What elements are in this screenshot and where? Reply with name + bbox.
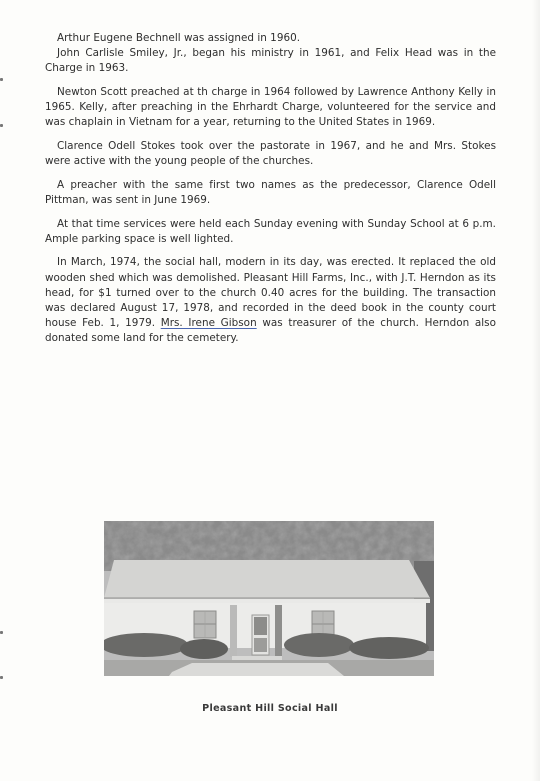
margin-mark: [0, 631, 3, 634]
paragraph-bechnell: Arthur Eugene Bechnell was assigned in 1…: [45, 31, 496, 46]
margin-mark: [0, 124, 3, 127]
paragraph-scott-kelly: Newton Scott preached at th charge in 19…: [45, 85, 496, 131]
social-hall-photo: [104, 521, 434, 676]
margin-mark: [0, 676, 3, 679]
paragraph-stokes: Clarence Odell Stokes took over the past…: [45, 139, 496, 169]
body-text: Arthur Eugene Bechnell was assigned in 1…: [45, 31, 496, 355]
paragraph-services: At that time services were held each Sun…: [45, 217, 496, 247]
paragraph-smiley: John Carlisle Smiley, Jr., began his min…: [45, 46, 496, 76]
underlined-name: Mrs. Irene Gibson: [161, 317, 257, 329]
margin-mark: [0, 78, 3, 81]
page-edge-shadow: [532, 0, 540, 781]
paragraph-pittman: A preacher with the same first two names…: [45, 178, 496, 208]
photo-caption: Pleasant Hill Social Hall: [0, 703, 540, 714]
paragraph-social-hall: In March, 1974, the social hall, modern …: [45, 255, 496, 346]
